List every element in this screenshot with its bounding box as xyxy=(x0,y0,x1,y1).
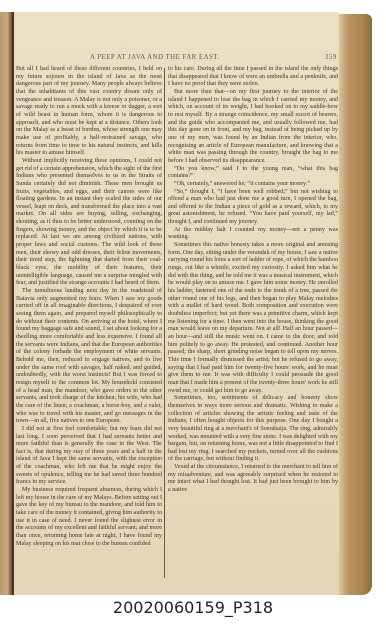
paragraph: But all I had heard of these different c… xyxy=(16,66,162,158)
paragraph: “So,” thought I, “I have been well robbe… xyxy=(168,189,338,227)
paragraph: My business required frequent absences, … xyxy=(16,487,162,548)
paragraph: Sometimes, too, sentiments of delicacy a… xyxy=(168,395,338,464)
right-text-column: to his care. During all the time I passe… xyxy=(168,66,338,495)
right-page-stack xyxy=(339,14,372,595)
paragraph: The tumultuous landing next day in the r… xyxy=(16,288,162,426)
column-divider xyxy=(164,68,165,578)
paragraph: But more than that—on my first journey t… xyxy=(168,89,338,166)
book-scan: A PEEP AT JAVA AND THE FAR EAST. 359 But… xyxy=(0,8,376,595)
page-number: 359 xyxy=(325,53,337,61)
paragraph: Vexed at the circumstance, I returned to… xyxy=(168,464,338,495)
paragraph: I did not at first feel comfortable; but… xyxy=(16,426,162,487)
paragraph: At the midday halt I counted my money—no… xyxy=(168,227,338,242)
paragraph: “Do you know,” said I to the young man, … xyxy=(168,166,338,181)
paragraph: to his care. During all the time I passe… xyxy=(168,66,338,89)
image-caption-id: 20020060159_P318 xyxy=(0,598,386,617)
paragraph: “Oh, certainly,” answered he; “it contai… xyxy=(168,181,338,189)
running-head-title: A PEEP AT JAVA AND THE FAR EAST. xyxy=(90,53,220,61)
paragraph: Without implicitly receiving these opini… xyxy=(16,158,162,288)
left-text-column: But all I had heard of these different c… xyxy=(16,66,162,548)
left-page-edge xyxy=(0,12,12,595)
paragraph: Sometimes this native honesty takes a mo… xyxy=(168,242,338,395)
